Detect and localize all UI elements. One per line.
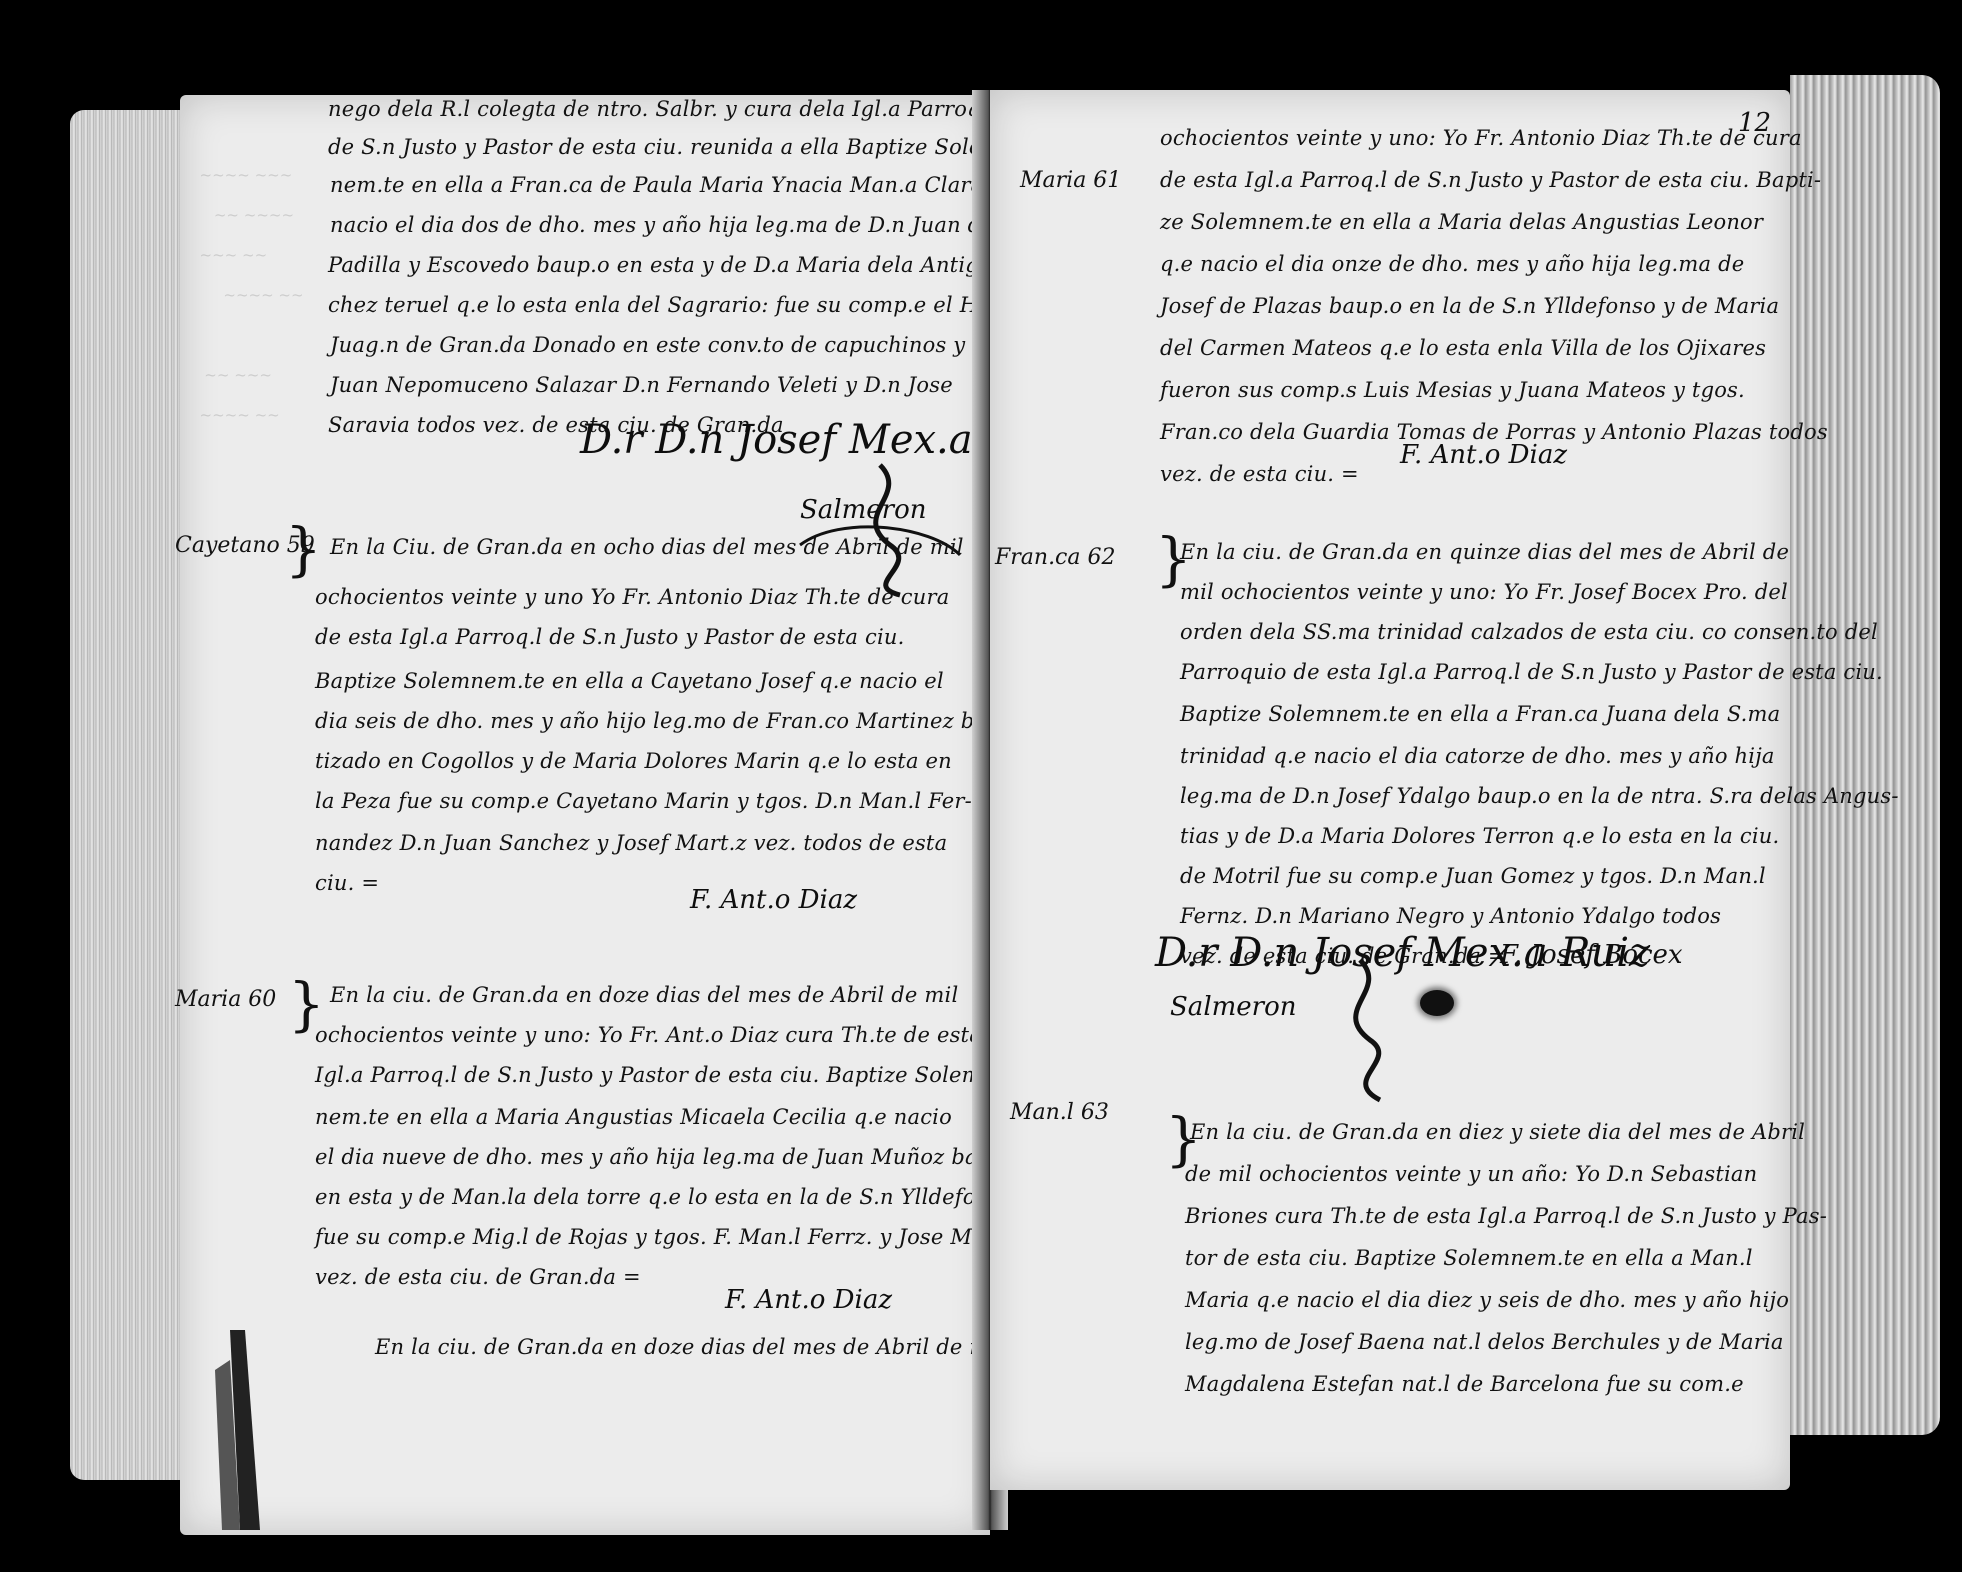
- text-line: dia seis de dho. mes y año hijo leg.mo d…: [315, 709, 1008, 733]
- text-line: Padilla y Escovedo baup.o en esta y de D…: [328, 253, 1061, 277]
- text-line: Baptize Solemnem.te en ella a Fran.ca Ju…: [1180, 702, 1780, 726]
- text-line: leg.mo de Josef Baena nat.l delos Berchu…: [1185, 1330, 1784, 1354]
- signature-flourish: [780, 455, 980, 605]
- text-line: Parroquio de esta Igl.a Parroq.l de S.n …: [1180, 660, 1883, 684]
- text-line: de Motril fue su comp.e Juan Gomez y tgo…: [1180, 864, 1766, 888]
- text-line: Juag.n de Gran.da Donado en este conv.to…: [330, 333, 1069, 357]
- text-line: trinidad q.e nacio el dia catorze de dho…: [1180, 744, 1775, 768]
- text-line: En la ciu. de Gran.da en quinze dias del…: [1180, 540, 1789, 564]
- text-line: leg.ma de D.n Josef Ydalgo baup.o en la …: [1180, 784, 1899, 808]
- bookmark-ribbon: [210, 1330, 270, 1530]
- signature: F. Ant.o Diaz: [1400, 440, 1567, 470]
- text-line: de esta Igl.a Parroq.l de S.n Justo y Pa…: [315, 625, 904, 649]
- margin-name: Maria 61: [1020, 168, 1121, 193]
- text-line: ochocientos veinte y uno Yo Fr. Antonio …: [315, 585, 949, 609]
- text-line: En la ciu. de Gran.da en doze dias del m…: [375, 1335, 1003, 1359]
- text-line: de esta Igl.a Parroq.l de S.n Justo y Pa…: [1160, 168, 1821, 192]
- text-line: Fernz. D.n Mariano Negro y Antonio Ydalg…: [1180, 904, 1721, 928]
- text-line: En la ciu. de Gran.da en diez y siete di…: [1190, 1120, 1805, 1144]
- text-line: chez teruel q.e lo esta enla del Sagrari…: [328, 293, 1032, 317]
- text-line: en esta y de Man.la dela torre q.e lo es…: [315, 1185, 1013, 1209]
- text-line: Maria q.e nacio el dia diez y seis de dh…: [1185, 1288, 1789, 1312]
- text-line: vez. de esta ciu. =: [1160, 462, 1359, 486]
- page-edges-left: [70, 110, 190, 1480]
- text-line: nandez D.n Juan Sanchez y Josef Mart.z v…: [315, 831, 947, 855]
- margin-name: Fran.ca 62: [995, 545, 1115, 570]
- signature: F. Ant.o Diaz: [725, 1285, 892, 1315]
- text-line: del Carmen Mateos q.e lo esta enla Villa…: [1160, 336, 1766, 360]
- text-line: ze Solemnem.te en ella a Maria delas Ang…: [1160, 210, 1763, 234]
- left-page: ~~~~ ~~~ ~~ ~~~~ ~~~ ~~ ~~~~ ~~ ~~ ~~~ ~…: [180, 95, 990, 1535]
- text-line: Magdalena Estefan nat.l de Barcelona fue…: [1185, 1372, 1744, 1396]
- text-line: mil ochocientos veinte y uno: Yo Fr. Jos…: [1180, 580, 1788, 604]
- text-line: tias y de D.a Maria Dolores Terron q.e l…: [1180, 824, 1779, 848]
- signature-flourish: [1290, 950, 1440, 1110]
- text-line: En la ciu. de Gran.da en doze dias del m…: [330, 983, 958, 1007]
- text-line: nego dela R.l colegta de ntro. Salbr. y …: [328, 97, 995, 121]
- text-line: vez. de esta ciu. de Gran.da =: [315, 1265, 641, 1289]
- text-line: Josef de Plazas baup.o en la de S.n Ylld…: [1160, 294, 1779, 318]
- text-line: de S.n Justo y Pastor de esta ciu. reuni…: [328, 135, 1009, 159]
- text-line: Briones cura Th.te de esta Igl.a Parroq.…: [1185, 1204, 1827, 1228]
- text-line: la Peza fue su comp.e Cayetano Marin y t…: [315, 789, 972, 813]
- text-line: nacio el dia dos de dho. mes y año hija …: [330, 213, 1049, 237]
- text-line: fueron sus comp.s Luis Mesias y Juana Ma…: [1160, 378, 1745, 402]
- signature: Salmeron: [1170, 992, 1297, 1022]
- text-line: Igl.a Parroq.l de S.n Justo y Pastor de …: [315, 1063, 989, 1087]
- text-line: Juan Nepomuceno Salazar D.n Fernando Vel…: [330, 373, 953, 397]
- page-edges-right: [1790, 75, 1940, 1435]
- text-line: nem.te en ella a Maria Angustias Micaela…: [315, 1105, 952, 1129]
- right-page: 12 Maria 61 ochocientos veinte y uno: Yo…: [990, 90, 1790, 1490]
- bleed-through-text: ~~~~ ~~~ ~~ ~~~~ ~~~ ~~ ~~~~ ~~ ~~ ~~~ ~…: [190, 115, 310, 1515]
- signature: F. Josef Bocex: [1500, 940, 1683, 970]
- text-line: ochocientos veinte y uno: Yo Fr. Antonio…: [1160, 126, 1802, 150]
- text-line: de mil ochocientos veinte y un año: Yo D…: [1185, 1162, 1757, 1186]
- text-line: ochocientos veinte y uno: Yo Fr. Ant.o D…: [315, 1023, 982, 1047]
- text-line: nem.te en ella a Fran.ca de Paula Maria …: [330, 173, 1023, 197]
- margin-name: Maria 60: [175, 987, 276, 1012]
- text-line: ciu. =: [315, 871, 379, 895]
- text-line: fue su comp.e Mig.l de Rojas y tgos. F. …: [315, 1225, 1024, 1249]
- text-line: tor de esta ciu. Baptize Solemnem.te en …: [1185, 1246, 1753, 1270]
- text-line: En la Ciu. de Gran.da en ocho dias del m…: [330, 535, 964, 559]
- brace-mark: }: [285, 520, 322, 578]
- text-line: orden dela SS.ma trinidad calzados de es…: [1180, 620, 1878, 644]
- text-line: el dia nueve de dho. mes y año hija leg.…: [315, 1145, 1025, 1169]
- text-line: Baptize Solemnem.te en ella a Cayetano J…: [315, 669, 944, 693]
- margin-name: Man.l 63: [1010, 1100, 1109, 1125]
- text-line: tizado en Cogollos y de Maria Dolores Ma…: [315, 749, 952, 773]
- text-line: q.e nacio el dia onze de dho. mes y año …: [1160, 252, 1744, 276]
- signature: F. Ant.o Diaz: [690, 885, 857, 915]
